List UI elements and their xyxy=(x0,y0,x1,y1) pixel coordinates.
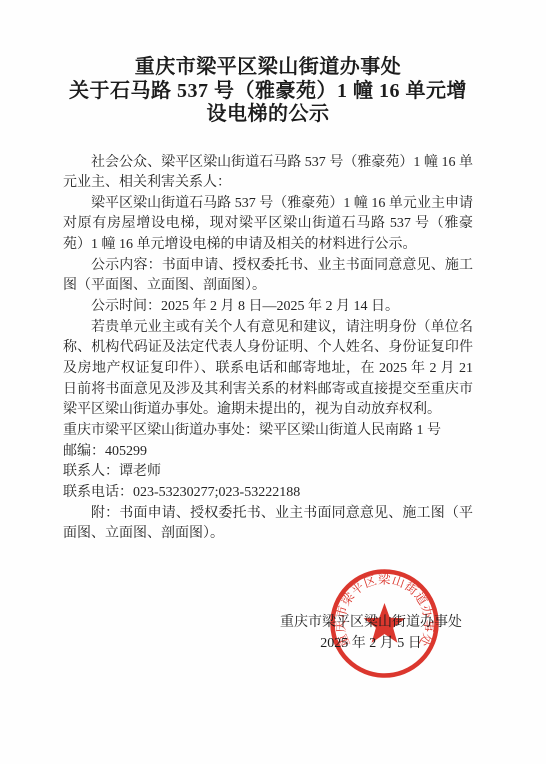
paragraph-period: 公示时间：2025 年 2 月 8 日—2025 年 2 月 14 日。 xyxy=(63,297,473,318)
notice-title-subject: 关于石马路 537 号（雅豪苑）1 幢 16 单元增设电梯的公示 xyxy=(63,80,473,127)
contact-phone-line: 联系电话：023-53230277;023-53222188 xyxy=(63,483,473,504)
notice-title: 重庆市梁平区梁山街道办事处 关于石马路 537 号（雅豪苑）1 幢 16 单元增… xyxy=(63,56,473,127)
document-content: 重庆市梁平区梁山街道办事处 关于石马路 537 号（雅豪苑）1 幢 16 单元增… xyxy=(63,56,473,545)
contact-postcode-line: 邮编：405299 xyxy=(63,442,473,463)
paragraph-feedback: 若贵单元业主或有关个人有意见和建议，请注明身份（单位名称、机构代码证及法定代表人… xyxy=(63,318,473,421)
paragraph-salutation: 社会公众、梁平区梁山街道石马路 537 号（雅豪苑）1 幢 16 单元业主、相关… xyxy=(63,153,473,194)
paragraph-application: 梁平区梁山街道石马路 537 号（雅豪苑）1 幢 16 单元业主申请对原有房屋增… xyxy=(63,194,473,256)
paragraph-content: 公示内容：书面申请、授权委托书、业主书面同意意见、施工图（平面图、立面图、剖面图… xyxy=(63,256,473,297)
attachment-line: 附：书面申请、授权委托书、业主书面同意意见、施工图（平面图、立面图、剖面图）。 xyxy=(63,504,473,545)
contact-address-line: 重庆市梁平区梁山街道办事处：梁平区梁山街道人民南路 1 号 xyxy=(63,421,473,442)
notice-title-org: 重庆市梁平区梁山街道办事处 xyxy=(63,56,473,80)
signature-date: 2025 年 2 月 5 日 xyxy=(280,633,462,654)
contact-person-line: 联系人：谭老师 xyxy=(63,462,473,483)
notice-document: 重庆市梁平区梁山街道办事处 关于石马路 537 号（雅豪苑）1 幢 16 单元增… xyxy=(0,0,546,764)
notice-body: 社会公众、梁平区梁山街道石马路 537 号（雅豪苑）1 幢 16 单元业主、相关… xyxy=(63,153,473,545)
signature-block: 重庆市梁平区梁山街道办事处 2025 年 2 月 5 日 xyxy=(280,612,462,654)
signature-org: 重庆市梁平区梁山街道办事处 xyxy=(280,612,462,633)
